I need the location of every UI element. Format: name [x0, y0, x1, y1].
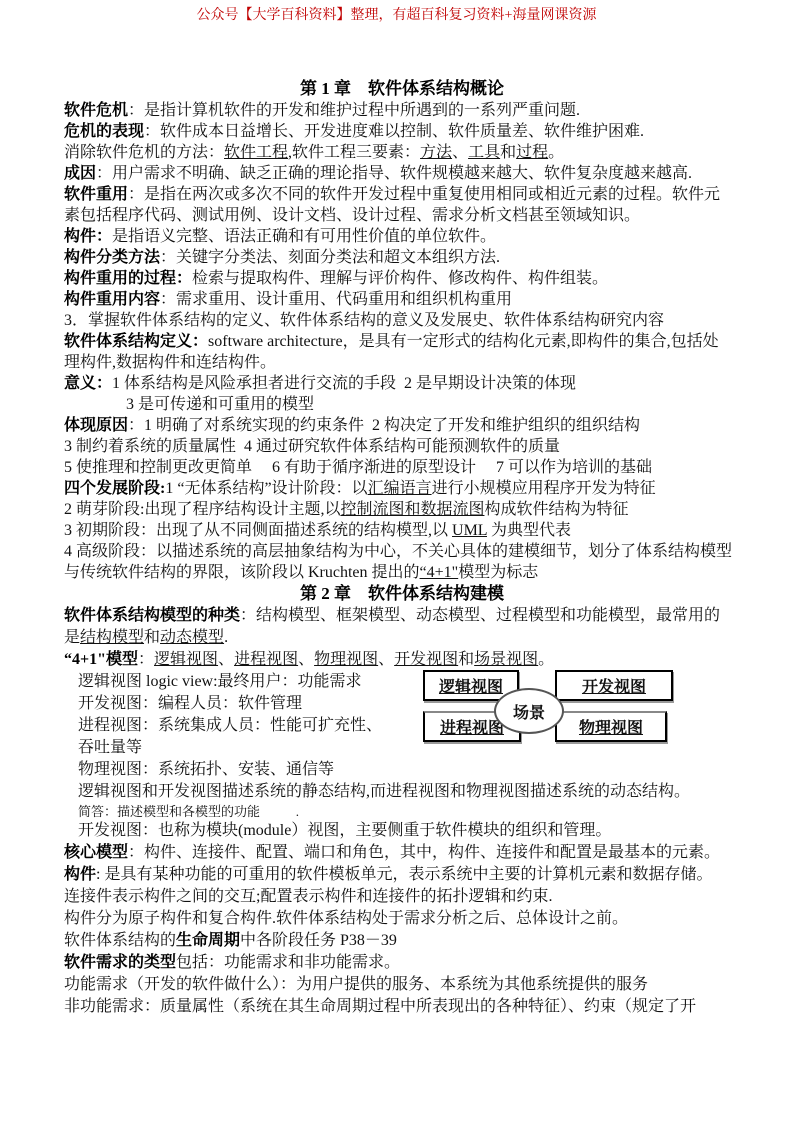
text-line: 构件：是指语义完整、语法正确和有可用性价值的单位软件。	[64, 226, 740, 247]
term-bold: 软件体系结构模型的种类	[64, 607, 240, 624]
term-underlined: 汇编语言	[368, 480, 432, 497]
text-segment: ,软件工程三要素：	[288, 144, 420, 161]
document-body: 第 1 章 软件体系结构概论 软件危机：是指计算机软件的开发和维护过程中所遇到的…	[64, 78, 740, 1018]
term-bold: 构件：	[64, 228, 112, 245]
text-line: 软件重用：是指在两次或多次不同的软件开发过程中重复使用相同或相近元素的过程。软件…	[64, 184, 740, 205]
text-segment: ：	[138, 651, 154, 668]
text-segment: 素包括程序代码、测试用例、设计文档、设计过程、需求分析文档甚至领域知识。	[64, 207, 640, 224]
text-line: 2 萌芽阶段:出现了程序结构设计主题,以控制流图和数据流图构成软件结构为特征	[64, 499, 740, 520]
text-segment: 进程视图：系统集成人员：性能可扩充性、	[78, 717, 382, 734]
text-line: 消除软件危机的方法：软件工程,软件工程三要素：方法、工具和过程。	[64, 142, 740, 163]
text-segment: 包括：功能需求和非功能需求。	[176, 954, 400, 971]
chapter-2-heading: 第 2 章 软件体系结构建模	[64, 583, 740, 605]
text-segment: ：软件成本日益增长、开发进度难以控制、软件质量差、软件维护困难.	[144, 123, 644, 140]
text-line: 构件分为原子构件和复合构件.软件体系结构处于需求分析之后、总体设计之前。	[64, 908, 740, 930]
chapter-2-section: 第 2 章 软件体系结构建模 软件体系结构模型的种类：结构模型、框架模型、动态模…	[64, 583, 740, 1018]
text-line: 构件分类方法：关键字分类法、刻面分类法和超文本组织方法.	[64, 247, 740, 268]
text-line: 4 高级阶段：以描述系统的高层抽象结构为中心，不关心具体的建模细节，划分了体系结…	[64, 541, 740, 562]
term-bold: 软件重用	[64, 186, 128, 203]
text-segment: 3 初期阶段：出现了从不同侧面描述系统的结构模型,以	[64, 522, 452, 539]
term-underlined: 进程视图	[234, 651, 298, 668]
text-segment: 模型为标志	[458, 564, 538, 581]
page-header-note: 公众号【大学百科资料】整理，有超百科复习资料+海量网课资源	[0, 7, 793, 25]
text-segment: ：1 明确了对系统实现的约束条件 2 构决定了开发和维护组织的组织结构	[128, 417, 640, 434]
text-segment: 软件体系结构的	[64, 932, 176, 949]
text-line: 构件重用的过程：检索与提取构件、理解与评价构件、修改构件、构件组装。	[64, 268, 740, 289]
text-segment: 功能需求（开发的软件做什么）：为用户提供的服务、本系统为其他系统提供的服务	[64, 976, 648, 993]
text-segment: 开发视图：也称为模块(module）视图，主要侧重于软件模块的组织和管理。	[78, 822, 611, 839]
text-line: 3 初期阶段：出现了从不同侧面描述系统的结构模型,以 UML 为典型代表	[64, 520, 740, 541]
text-line: 简答：描述模型和各模型的功能 .	[64, 803, 740, 820]
text-line: 5 使推理和控制更改更简单 6 有助于循序渐进的原型设计 7 可以作为培训的基础	[64, 457, 740, 478]
text-segment: ：关键字分类法、刻面分类法和超文本组织方法.	[160, 249, 500, 266]
term-bold: 意义：	[64, 375, 112, 392]
text-segment: 和	[500, 144, 516, 161]
scenario-ellipse: 场景	[494, 688, 564, 734]
text-segment: ：是指在两次或多次不同的软件开发过程中重复使用相同或相近元素的过程。软件元	[128, 186, 720, 203]
chapter-1-section: 第 1 章 软件体系结构概论 软件危机：是指计算机软件的开发和维护过程中所遇到的…	[64, 78, 740, 583]
text-segment: 2 萌芽阶段:出现了程序结构设计主题,以	[64, 501, 340, 518]
text-line: 软件需求的类型包括：功能需求和非功能需求。	[64, 952, 740, 974]
term-bold: 成因	[64, 165, 96, 182]
text-line: 开发视图：也称为模块(module）视图，主要侧重于软件模块的组织和管理。	[64, 820, 740, 842]
text-segment: 连接件表示构件之间的交互;配置表示构件和连接件的拓扑逻辑和约束.	[64, 888, 552, 905]
text-segment: 是	[64, 629, 80, 646]
text-segment: ：需求重用、设计重用、代码重用和组织机构重用	[160, 291, 512, 308]
text-segment: 逻辑视图和开发视图描述系统的静态结构,而进程视图和物理视图描述系统的动态结构。	[78, 783, 690, 800]
text-line: 意义：1 体系结构是风险承担者进行交流的手段 2 是早期设计决策的体现	[64, 373, 740, 394]
text-line: 软件体系结构模型的种类：结构模型、框架模型、动态模型、过程模型和功能模型，最常用…	[64, 605, 740, 627]
physical-view-box: 物理视图	[555, 711, 667, 742]
term-bold: 软件体系结构定义：	[64, 333, 208, 350]
text-line: 核心模型：构件、连接件、配置、端口和角色，其中，构件、连接件和配置是最基本的元素…	[64, 842, 740, 864]
text-line: 物理视图：系统拓扑、安装、通信等	[64, 759, 740, 781]
term-underlined: 逻辑视图	[154, 651, 218, 668]
text-line: 素包括程序代码、测试用例、设计文档、设计过程、需求分析文档甚至领域知识。	[64, 205, 740, 226]
term-underlined: 动态模型	[160, 629, 224, 646]
term-underlined: 软件工程	[224, 144, 288, 161]
text-segment: 非功能需求：质量属性（系统在其生命周期过程中所表现出的各种特征）、约束（规定了开	[64, 998, 696, 1015]
text-segment: 逻辑视图 logic view:最终用户：功能需求	[78, 673, 362, 690]
term-underlined: 控制流图和数据流图	[340, 501, 484, 518]
term-bold: “4+1"模型	[64, 651, 138, 668]
term-underlined: 结构模型	[80, 629, 144, 646]
text-segment: 3．掌握软件体系结构的定义、软件体系结构的意义及发展史、软件体系结构研究内容	[64, 312, 664, 329]
text-segment: ：结构模型、框架模型、动态模型、过程模型和功能模型，最常用的	[240, 607, 720, 624]
text-line: 理构件,数据构件和连结构件。	[64, 352, 740, 373]
text-line: 连接件表示构件之间的交互;配置表示构件和连接件的拓扑逻辑和约束.	[64, 886, 740, 908]
text-line: 与传统软件结构的界限，该阶段以 Kruchten 提出的“4+1"模型为标志	[64, 562, 740, 583]
term-underlined: 工具	[468, 144, 500, 161]
chapter-1-heading: 第 1 章 软件体系结构概论	[64, 78, 740, 100]
term-underlined: UML	[452, 522, 487, 539]
text-segment: 、	[298, 651, 314, 668]
text-line: 成因：用户需求不明确、缺乏正确的理论指导、软件规模越来越大、软件复杂度越来越高.	[64, 163, 740, 184]
text-segment: 是指语义完整、语法正确和有可用性价值的单位软件。	[112, 228, 496, 245]
four-plus-one-view-diagram: 逻辑视图 开发视图 进程视图 物理视图 场景	[423, 666, 675, 746]
text-line: 3 制约着系统的质量属性 4 通过研究软件体系结构可能预测软件的质量	[64, 436, 740, 457]
text-line: 功能需求（开发的软件做什么）：为用户提供的服务、本系统为其他系统提供的服务	[64, 974, 740, 996]
text-segment: 理构件,数据构件和连结构件。	[64, 354, 276, 371]
text-segment: 与传统软件结构的界限，该阶段以 Kruchten 提出的	[64, 564, 420, 581]
document-page: 公众号【大学百科资料】整理，有超百科复习资料+海量网课资源 第 1 章 软件体系…	[0, 0, 793, 1122]
text-segment: 吞吐量等	[78, 739, 142, 756]
text-segment: 进行小规模应用程序开发为特征	[432, 480, 656, 497]
term-underlined: 方法	[420, 144, 452, 161]
text-line: 构件: 是具有某种功能的可重用的软件模板单元，表示系统中主要的计算机元素和数据存…	[64, 864, 740, 886]
term-bold: 生命周期	[176, 932, 240, 949]
text-segment: 、	[218, 651, 234, 668]
text-segment: 中各阶段任务 P38－39	[240, 932, 397, 949]
text-line: 构件重用内容：需求重用、设计重用、代码重用和组织机构重用	[64, 289, 740, 310]
text-line: 软件体系结构的生命周期中各阶段任务 P38－39	[64, 930, 740, 952]
text-segment: 5 使推理和控制更改更简单 6 有助于循序渐进的原型设计 7 可以作为培训的基础	[64, 459, 652, 476]
term-bold: 软件危机	[64, 102, 128, 119]
text-segment: 、	[378, 651, 394, 668]
develop-view-box: 开发视图	[555, 670, 673, 701]
text-line: 体现原因：1 明确了对系统实现的约束条件 2 构决定了开发和维护组织的组织结构	[64, 415, 740, 436]
term-bold: 核心模型	[64, 844, 128, 861]
chapter-1-lines: 软件危机：是指计算机软件的开发和维护过程中所遇到的一系列严重问题.危机的表现：软…	[64, 100, 740, 583]
text-segment: 消除软件危机的方法：	[64, 144, 224, 161]
text-line: 3．掌握软件体系结构的定义、软件体系结构的意义及发展史、软件体系结构研究内容	[64, 310, 740, 331]
term-bold: 体现原因	[64, 417, 128, 434]
text-segment: 物理视图：系统拓扑、安装、通信等	[78, 761, 334, 778]
text-segment: : 是具有某种功能的可重用的软件模板单元，表示系统中主要的计算机元素和数据存储。	[96, 866, 712, 883]
text-segment: 为典型代表	[487, 522, 571, 539]
text-segment: software architecture，是具有一定形式的结构化元素,即构件的…	[208, 333, 719, 350]
text-segment: ：用户需求不明确、缺乏正确的理论指导、软件规模越来越大、软件复杂度越来越高.	[96, 165, 692, 182]
text-segment: 开发视图：编程人员：软件管理	[78, 695, 302, 712]
term-bold: 构件重用的过程：	[64, 270, 192, 287]
text-line: 四个发展阶段:1 “无体系结构”设计阶段：以汇编语言进行小规模应用程序开发为特征	[64, 478, 740, 499]
text-segment: 3 是可传递和可重用的模型	[126, 396, 314, 413]
text-line: 逻辑视图和开发视图描述系统的静态结构,而进程视图和物理视图描述系统的动态结构。	[64, 781, 740, 803]
term-bold: 危机的表现	[64, 123, 144, 140]
term-bold: 构件分类方法	[64, 249, 160, 266]
term-bold: 构件	[64, 866, 96, 883]
text-segment: 简答：描述模型和各模型的功能 .	[78, 804, 299, 819]
text-segment: ：构件、连接件、配置、端口和角色，其中，构件、连接件和配置是最基本的元素。	[128, 844, 720, 861]
text-line: 3 是可传递和可重用的模型	[64, 394, 740, 415]
term-underlined: 物理视图	[314, 651, 378, 668]
text-segment: 1 体系结构是风险承担者进行交流的手段 2 是早期设计决策的体现	[112, 375, 576, 392]
text-segment: ：是指计算机软件的开发和维护过程中所遇到的一系列严重问题.	[128, 102, 580, 119]
text-line: 非功能需求：质量属性（系统在其生命周期过程中所表现出的各种特征）、约束（规定了开	[64, 996, 740, 1018]
text-segment: 。	[548, 144, 564, 161]
term-bold: 构件重用内容	[64, 291, 160, 308]
term-bold: 软件需求的类型	[64, 954, 176, 971]
term-underlined: 过程	[516, 144, 548, 161]
text-segment: 和	[144, 629, 160, 646]
text-line: 是结构模型和动态模型.	[64, 627, 740, 649]
text-line: 软件体系结构定义：software architecture，是具有一定形式的结…	[64, 331, 740, 352]
term-bold: 四个发展阶段:	[64, 480, 165, 497]
text-segment: 、	[452, 144, 468, 161]
text-line: 危机的表现：软件成本日益增长、开发进度难以控制、软件质量差、软件维护困难.	[64, 121, 740, 142]
text-segment: 3 制约着系统的质量属性 4 通过研究软件体系结构可能预测软件的质量	[64, 438, 560, 455]
text-segment: 4 高级阶段：以描述系统的高层抽象结构为中心，不关心具体的建模细节，划分了体系结…	[64, 543, 732, 560]
text-line: 软件危机：是指计算机软件的开发和维护过程中所遇到的一系列严重问题.	[64, 100, 740, 121]
text-segment: 1 “无体系结构”设计阶段：以	[165, 480, 367, 497]
text-segment: 构成软件结构为特征	[484, 501, 628, 518]
term-underlined: “4+1"	[420, 564, 459, 581]
text-segment: 检索与提取构件、理解与评价构件、修改构件、构件组装。	[192, 270, 608, 287]
text-segment: 构件分为原子构件和复合构件.软件体系结构处于需求分析之后、总体设计之前。	[64, 910, 628, 927]
text-segment: .	[224, 629, 228, 646]
